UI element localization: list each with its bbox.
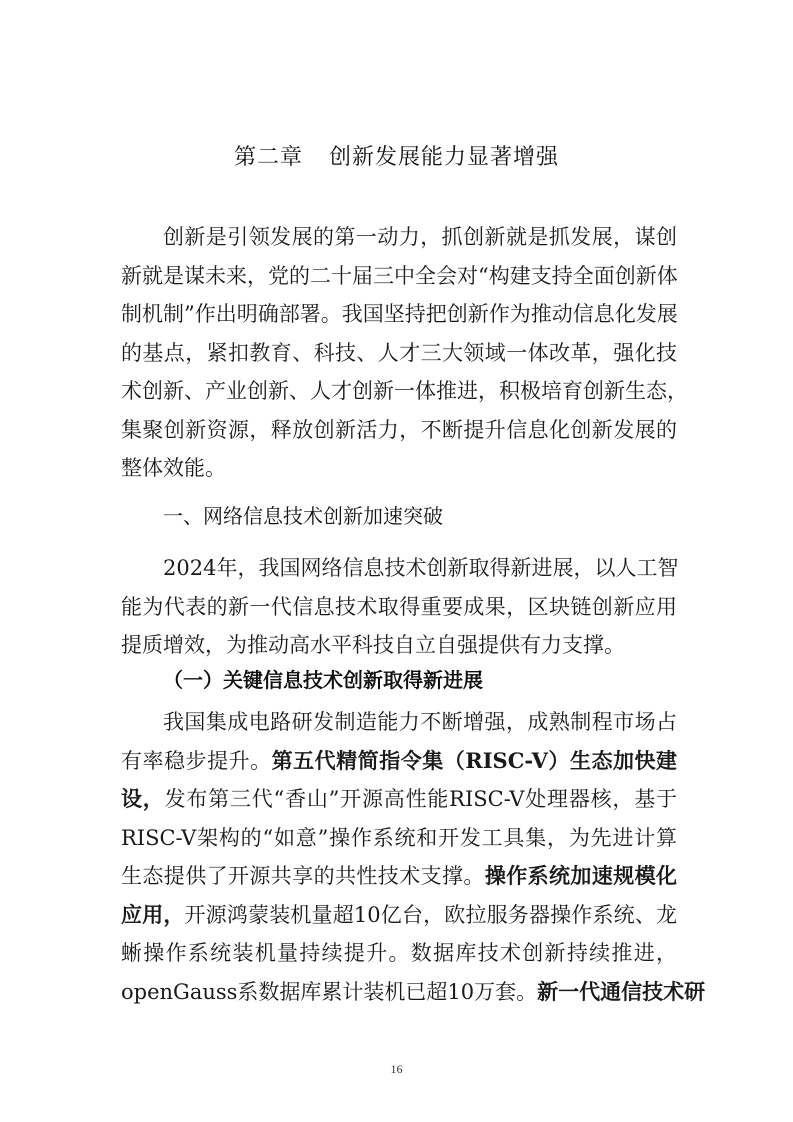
text-line: 生态提供了开源共享的共性技术支撑。操作系统加速规模化 (121, 857, 677, 896)
text-line: 创新是引领发展的第一动力，抓创新就是抓发展，谋创 (121, 218, 677, 257)
text-run: 蜥操作系统装机量持续提升。数据库技术创新持续推进， (121, 941, 677, 965)
text-line: 2024年，我国网络信息技术创新取得新进展，以人工智 (121, 549, 677, 588)
text-line: 集聚创新资源，释放创新活力，不断提升信息化创新发展的 (121, 411, 677, 450)
bold-text: 新一代通信技术研 (537, 979, 705, 1004)
text-line: 应用，开源鸿蒙装机量超10亿台，欧拉服务器操作系统、龙 (121, 896, 677, 935)
text-run: openGauss系数据库累计装机已超10万套。 (121, 980, 537, 1004)
text-line: 整体效能。 (121, 449, 677, 488)
bold-text: 设， (121, 786, 165, 811)
text-run: 我国集成电路研发制造能力不断增强，成熟制程市场占 (163, 710, 677, 734)
text-run: 生态提供了开源共享的共性技术支撑。 (121, 864, 485, 888)
text-run: 开源鸿蒙装机量超10亿台，欧拉服务器操作系统、龙 (185, 903, 677, 927)
text-run: RISC-V架构的“如意”操作系统和开发工具集，为先进计算 (121, 826, 677, 850)
bold-text: 应用， (121, 902, 185, 927)
bold-text: 第五代精简指令集（RISC-V）生态加快建 (272, 748, 677, 773)
text-line: 我国集成电路研发制造能力不断增强，成熟制程市场占 (121, 703, 677, 742)
text-run: 发布第三代“香山”开源高性能RISC-V处理器核，基于 (165, 787, 677, 811)
text-line: 设，发布第三代“香山”开源高性能RISC-V处理器核，基于 (121, 780, 677, 819)
page-number: 16 (0, 1062, 793, 1077)
text-line: 能为代表的新一代信息技术取得重要成果，区块链创新应用 (121, 588, 677, 627)
chapter-title: 第二章创新发展能力显著增强 (0, 140, 793, 171)
intro-paragraph: 创新是引领发展的第一动力，抓创新就是抓发展，谋创 新就是谋未来，党的二十届三中全… (121, 218, 677, 488)
text-run: 有率稳步提升。 (121, 749, 272, 773)
text-line: 术创新、产业创新、人才创新一体推进，积极培育创新生态， (121, 372, 677, 411)
document-page: 第二章创新发展能力显著增强 创新是引领发展的第一动力，抓创新就是抓发展，谋创 新… (0, 0, 793, 1122)
section-paragraph: 2024年，我国网络信息技术创新取得新进展，以人工智 能为代表的新一代信息技术取… (121, 549, 677, 665)
chapter-title-text: 创新发展能力显著增强 (329, 145, 559, 170)
text-line: RISC-V架构的“如意”操作系统和开发工具集，为先进计算 (121, 819, 677, 858)
chapter-number: 第二章 (234, 145, 303, 170)
text-line: 蜥操作系统装机量持续提升。数据库技术创新持续推进， (121, 934, 677, 973)
section-heading: 一、网络信息技术创新加速突破 (163, 500, 443, 529)
subsection-heading: （一）关键信息技术创新取得新进展 (163, 664, 483, 693)
text-line: 新就是谋未来，党的二十届三中全会对“构建支持全面创新体 (121, 257, 677, 296)
text-line: 制机制”作出明确部署。我国坚持把创新作为推动信息化发展 (121, 295, 677, 334)
text-line: 的基点，紧扣教育、科技、人才三大领域一体改革，强化技 (121, 334, 677, 373)
subsection-paragraph: 我国集成电路研发制造能力不断增强，成熟制程市场占有率稳步提升。第五代精简指令集（… (121, 703, 677, 1011)
bold-text: 操作系统加速规模化 (485, 863, 677, 888)
text-line: 有率稳步提升。第五代精简指令集（RISC-V）生态加快建 (121, 742, 677, 781)
text-line: 提质增效，为推动高水平科技自立自强提供有力支撑。 (121, 626, 677, 665)
text-line: openGauss系数据库累计装机已超10万套。新一代通信技术研 (121, 973, 677, 1012)
